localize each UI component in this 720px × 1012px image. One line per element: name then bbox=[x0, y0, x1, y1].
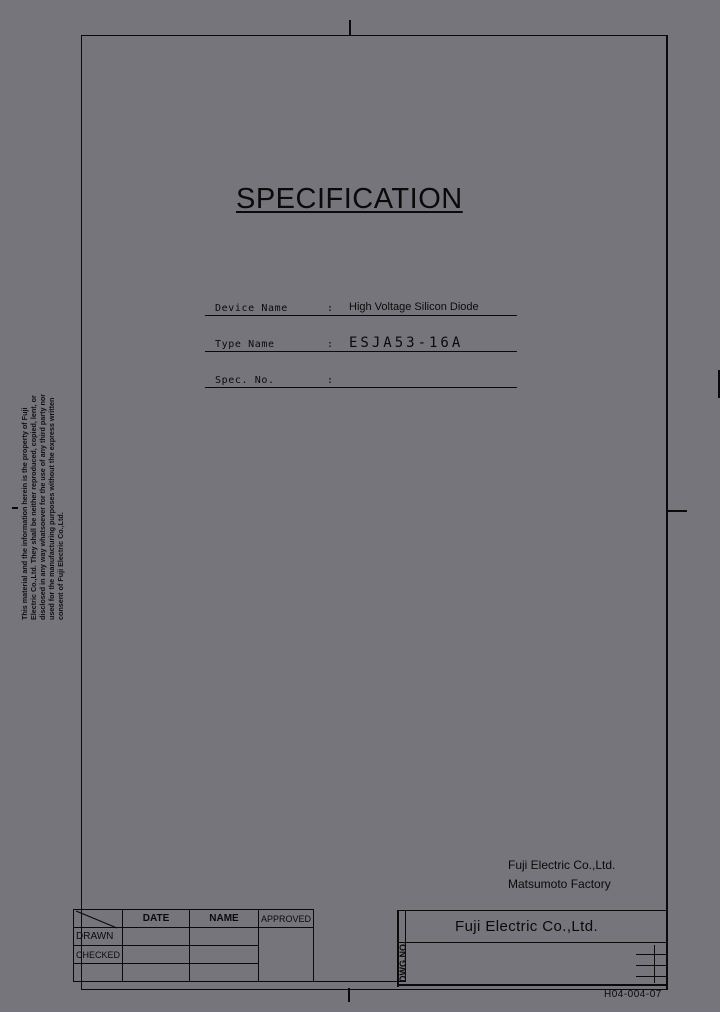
drawn-label: DRAWN bbox=[74, 928, 123, 946]
registration-mark-bottom bbox=[348, 988, 350, 1002]
registration-mark-top bbox=[349, 20, 351, 36]
issuer-factory: Matsumoto Factory bbox=[508, 875, 615, 894]
spec-no-field: Spec. No. : bbox=[205, 367, 517, 388]
form-number: H04-004-07 bbox=[604, 989, 662, 1000]
device-name-label: Device Name bbox=[215, 303, 288, 314]
approved-cell bbox=[259, 928, 314, 982]
blank-row-date bbox=[123, 964, 190, 982]
revision-grid-line-1 bbox=[636, 954, 668, 955]
diagonal-cell bbox=[74, 910, 123, 928]
revision-grid-vertical bbox=[654, 945, 655, 983]
checked-date bbox=[123, 946, 190, 964]
type-name-separator: : bbox=[327, 339, 333, 350]
revision-grid-line-3 bbox=[636, 976, 668, 977]
title-block-company: Fuji Electric Co.,Ltd. bbox=[455, 918, 598, 935]
drawn-name bbox=[190, 928, 259, 946]
blank-row-label bbox=[74, 964, 123, 982]
blank-cell bbox=[314, 910, 406, 982]
type-name-label: Type Name bbox=[215, 339, 275, 350]
date-header: DATE bbox=[123, 910, 190, 928]
type-name-field: Type Name : ESJA53-16A bbox=[205, 331, 517, 352]
name-header: NAME bbox=[190, 910, 259, 928]
confidential-notice: This material and the information herein… bbox=[20, 390, 76, 620]
confidential-notice-text: This material and the information herein… bbox=[20, 390, 76, 620]
checked-label: CHECKED bbox=[74, 946, 123, 964]
checked-name bbox=[190, 946, 259, 964]
title-block-table: DATE NAME APPROVED DRAWN CHECKED bbox=[73, 909, 406, 982]
issuer-company: Fuji Electric Co.,Ltd. bbox=[508, 856, 615, 875]
registration-mark-right bbox=[668, 510, 687, 512]
spec-no-label: Spec. No. bbox=[215, 375, 275, 386]
dwg-no-label: DWG.NO. bbox=[398, 950, 412, 982]
drawing-frame bbox=[81, 35, 668, 990]
spec-no-separator: : bbox=[327, 375, 333, 386]
drawing-number-box bbox=[398, 942, 668, 986]
drawn-date bbox=[123, 928, 190, 946]
revision-grid-line-2 bbox=[636, 965, 668, 966]
diagonal-line-icon bbox=[74, 910, 118, 929]
device-name-value: High Voltage Silicon Diode bbox=[349, 301, 479, 313]
blank-row-name bbox=[190, 964, 259, 982]
page-title: SPECIFICATION bbox=[236, 183, 463, 216]
registration-mark-left bbox=[12, 507, 18, 509]
type-name-value: ESJA53-16A bbox=[349, 335, 463, 351]
dwg-no-label-text: DWG.NO. bbox=[398, 942, 408, 983]
device-name-field: Device Name : High Voltage Silicon Diode bbox=[205, 295, 517, 316]
issuer-block: Fuji Electric Co.,Ltd. Matsumoto Factory bbox=[508, 856, 615, 894]
device-name-separator: : bbox=[327, 303, 333, 314]
approved-header: APPROVED bbox=[259, 910, 314, 928]
